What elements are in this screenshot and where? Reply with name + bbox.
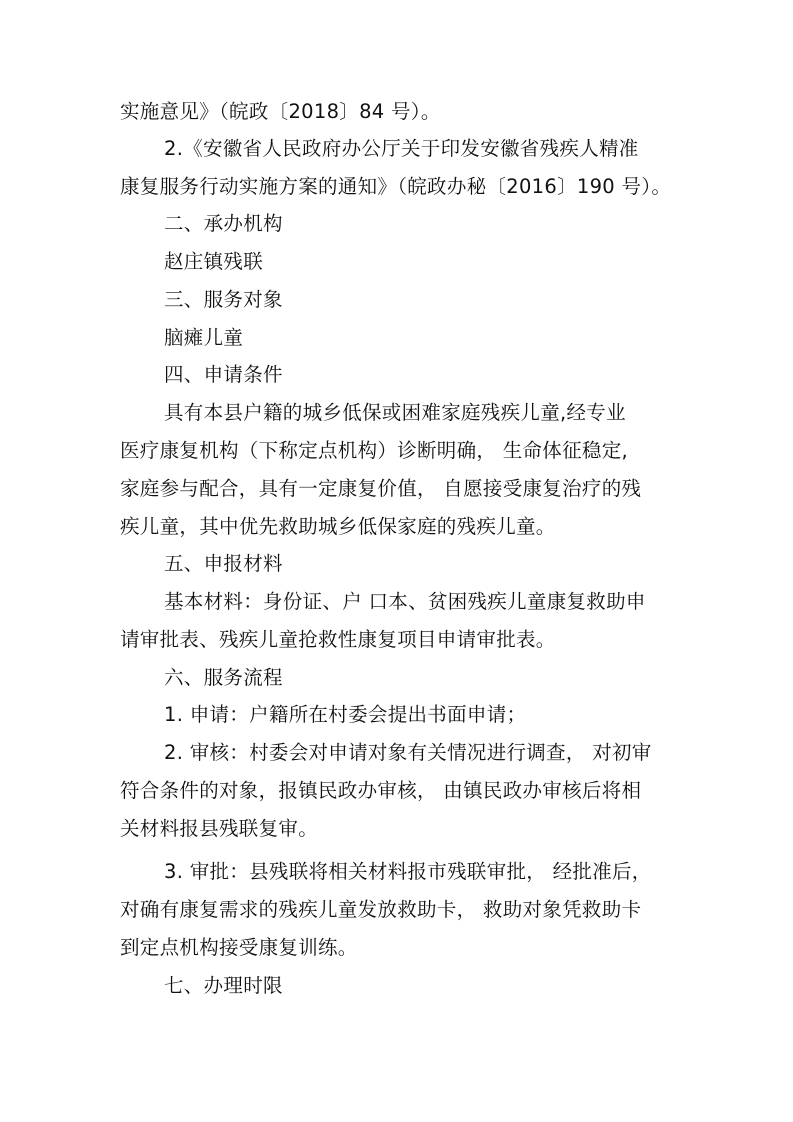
text-line: 符合条件的对象，报镇民政办审核， 由镇民政办审核后将相 [120,779,641,803]
text-line: 康复服务行动实施方案的通知》（皖政办秘〔2016〕190 号）。 [120,175,671,199]
text-line: 二、承办机构 [164,212,283,236]
text-line: 家庭参与配合，具有一定康复价值， 自愿接受康复治疗的残 [120,477,641,501]
text-line: 四、申请条件 [164,363,283,387]
text-line: 2.《安徽省人民政府办公厅关于印发安徽省残疾人精准 [164,137,639,161]
text-line: 医疗康复机构（下称定点机构）诊断明确， 生命体征稳定, [120,439,628,463]
text-line: 脑瘫儿童 [164,326,243,350]
text-line: 2. 审核：村委会对申请对象有关情况进行调查， 对初审 [164,741,652,765]
text-line: 五、申报材料 [164,552,283,576]
text-line: 到定点机构接受康复训练。 [120,936,358,960]
text-line: 基本材料：身份证、户 口本、贫困残疾儿童康复救助申 [164,590,646,614]
text-line: 对确有康复需求的残疾儿童发放救助卡， 救助对象凭救助卡 [120,898,641,922]
text-line: 3. 审批：县残联将相关材料报市残联审批， 经批准后， [164,860,652,884]
text-line: 请审批表、残疾儿童抢救性康复项目申请审批表。 [120,628,556,652]
text-line: 实施意见》（皖政〔2018〕84 号）。 [120,100,441,124]
text-line: 关材料报县残联复审。 [120,817,318,841]
text-line: 1. 申请：户籍所在村委会提出书面申请； [164,703,526,727]
text-line: 赵庄镇残联 [164,250,263,274]
text-line: 三、服务对象 [164,288,283,312]
text-line: 六、服务流程 [164,666,283,690]
text-line: 七、办理时限 [164,974,283,998]
text-line: 疾儿童，其中优先救助城乡低保家庭的残疾儿童。 [120,515,556,539]
text-line: 具有本县户籍的城乡低保或困难家庭残疾儿童,经专业 [164,401,626,425]
